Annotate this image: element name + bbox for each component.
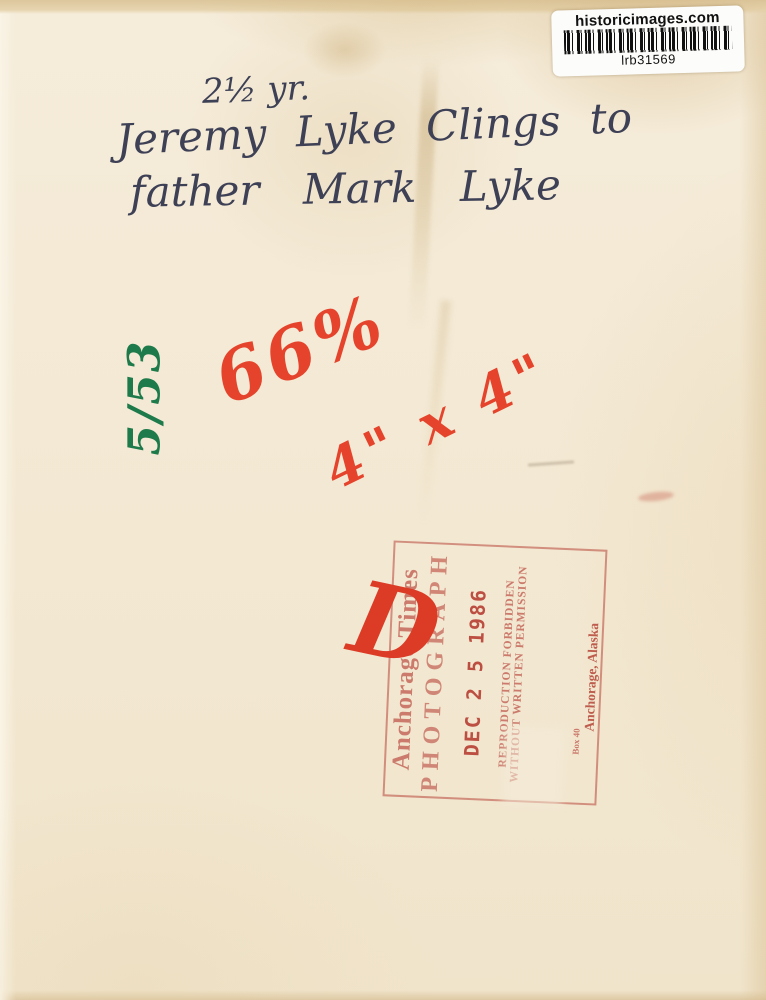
caption-age-line: 2½ yr. — [201, 68, 310, 112]
caption-line-2: father Mark Lyke — [130, 160, 562, 217]
stamp-city: Anchorage, Alaska — [578, 551, 605, 803]
faint-pencil-dash — [528, 460, 574, 466]
stamp-date: DEC 2 5 1986 — [458, 546, 493, 799]
green-filing-code: 5/53 — [120, 323, 171, 473]
caption-line-1: Jeremy Lyke Clings to — [115, 93, 633, 164]
barcode-label: historicimages.com lrb31569 — [551, 5, 745, 76]
crop-percentage-marking: 66% — [203, 278, 397, 421]
photo-back-scan: historicimages.com lrb31569 2½ yr. Jerem… — [0, 0, 766, 1000]
red-ink-smudge — [638, 490, 675, 503]
stamp-ink-fade — [502, 726, 565, 809]
